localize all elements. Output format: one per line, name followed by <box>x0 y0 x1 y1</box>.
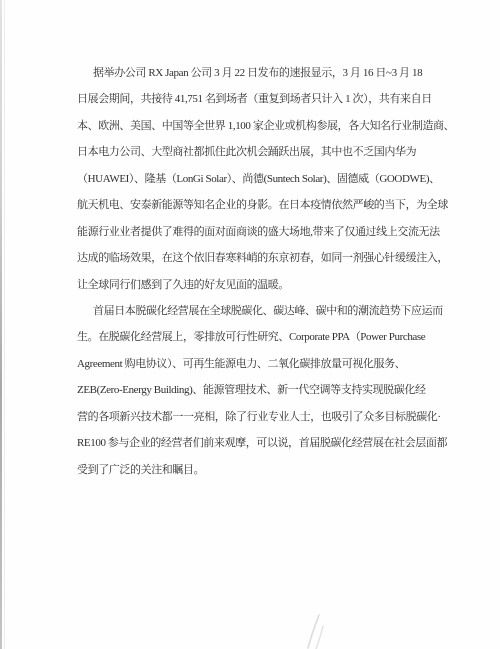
text-line: 日展会期间，共接待 41,751 名到场者（重复到场者只计入 1 次），共有来自… <box>77 86 443 112</box>
text-line: 达成的临场效果，在这个依旧春寒料峭的东京初春，如同一剂强心针缓缓注入， <box>77 245 443 271</box>
scan-edge-artifact <box>0 0 2 649</box>
text-line: 日本电力公司、大型商社都抓住此次机会踊跃出展，其中也不乏国内华为 <box>77 139 443 165</box>
text-line: 能源行业业者提供了难得的面对面商谈的盛大场地,带来了仅通过线上交流无法 <box>77 219 443 245</box>
scan-smudge-mark <box>298 612 342 649</box>
text-line: 受到了广泛的关注和瞩目。 <box>77 457 443 483</box>
text-line: RE100 参与企业的经营者们前来观摩，可以说，首届脱碳化经营展在社会层面都 <box>77 430 443 456</box>
text-line: 据举办公司 RX Japan 公司 3 月 22 日发布的速报显示，3 月 16… <box>77 60 443 86</box>
text-line: 本、欧洲、美国、中国等全世界 1,100 家企业或机构参展，各大知名行业制造商、 <box>77 113 443 139</box>
text-line: 首届日本脱碳化经营展在全球脱碳化、碳达峰、碳中和的潮流趋势下应运而 <box>77 298 443 324</box>
text-line: Agreement 购电协议）、可再生能源电力、二氧化碳排放量可视化服务、 <box>77 351 443 377</box>
scan-edge-artifact-inner <box>4 0 5 649</box>
text-line: 营的各项新兴技术都一一亮相，除了行业专业人士，也吸引了众多目标脱碳化· <box>77 404 443 430</box>
text-line: （HUAWEI）、隆基（LonGi Solar）、尚德(Suntech Sola… <box>77 166 443 192</box>
scanned-document-page: 据举办公司 RX Japan 公司 3 月 22 日发布的速报显示，3 月 16… <box>0 0 500 649</box>
text-line: ZEB(Zero-Energy Building)、能源管理技术、新一代空调等支… <box>77 377 443 403</box>
text-line: 航天机电、安泰新能源等知名企业的身影。在日本疫情依然严峻的当下，为全球 <box>77 192 443 218</box>
text-line: 让全球同行们感到了久违的好友见面的温暖。 <box>77 272 443 298</box>
document-body: 据举办公司 RX Japan 公司 3 月 22 日发布的速报显示，3 月 16… <box>77 60 443 483</box>
text-line: 生。在脱碳化经营展上，零排放可行性研究、Corporate PPA（Power … <box>77 324 443 350</box>
